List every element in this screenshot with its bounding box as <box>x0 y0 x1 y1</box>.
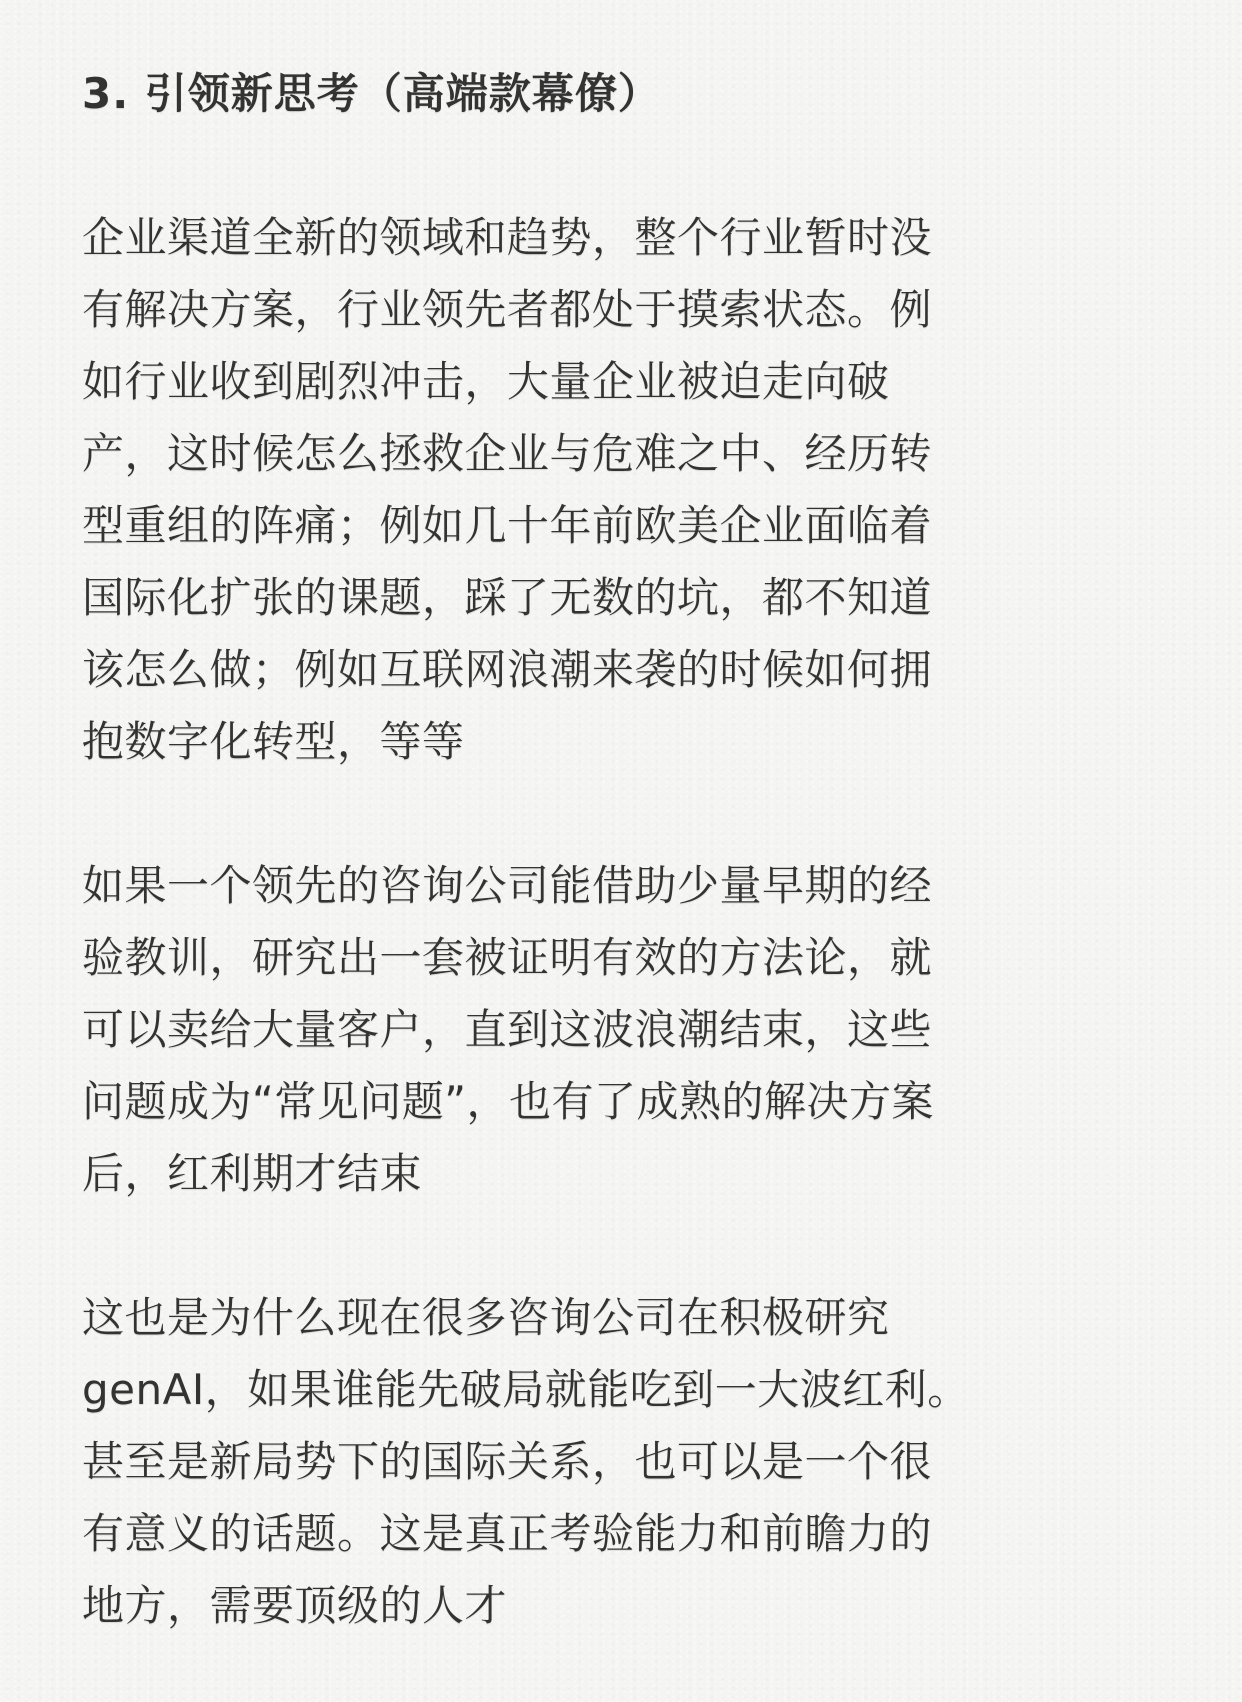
paragraph-2: 如果一个领先的咨询公司能借助少量早期的经 验教训，研究出一套被证明有效的方法论，… <box>82 850 1160 1210</box>
text-line: 有意义的话题。这是真正考验能力和前瞻力的 <box>82 1498 1160 1570</box>
text-line: 产，这时候怎么拯救企业与危难之中、经历转 <box>82 418 1160 490</box>
text-line: 如行业收到剧烈冲击，大量企业被迫走向破 <box>82 346 1160 418</box>
text-line: 验教训，研究出一套被证明有效的方法论，就 <box>82 922 1160 994</box>
text-line: 甚至是新局势下的国际关系，也可以是一个很 <box>82 1426 1160 1498</box>
text-line: 问题成为“常见问题”，也有了成熟的解决方案 <box>82 1066 1160 1138</box>
text-line: 有解决方案，行业领先者都处于摸索状态。例 <box>82 274 1160 346</box>
text-line: 抱数字化转型，等等 <box>82 706 1160 778</box>
text-line: 国际化扩张的课题，踩了无数的坑，都不知道 <box>82 562 1160 634</box>
text-line: 企业渠道全新的领域和趋势，整个行业暂时没 <box>82 202 1160 274</box>
paragraph-3: 这也是为什么现在很多咨询公司在积极研究 genAI，如果谁能先破局就能吃到一大波… <box>82 1282 1160 1642</box>
text-line: 可以卖给大量客户，直到这波浪潮结束，这些 <box>82 994 1160 1066</box>
spacer <box>82 778 1160 850</box>
text-line: 如果一个领先的咨询公司能借助少量早期的经 <box>82 850 1160 922</box>
paragraph-1: 企业渠道全新的领域和趋势，整个行业暂时没 有解决方案，行业领先者都处于摸索状态。… <box>82 202 1160 778</box>
document-page: 3. 引领新思考（高端款幕僚） 企业渠道全新的领域和趋势，整个行业暂时没 有解决… <box>0 0 1242 1702</box>
text-line: 地方，需要顶级的人才 <box>82 1570 1160 1642</box>
text-line: 这也是为什么现在很多咨询公司在积极研究 <box>82 1282 1160 1354</box>
section-title: 3. 引领新思考（高端款幕僚） <box>82 58 1160 130</box>
spacer <box>82 130 1160 202</box>
text-line: 后，红利期才结束 <box>82 1138 1160 1210</box>
spacer <box>82 1210 1160 1282</box>
text-line: 型重组的阵痛；例如几十年前欧美企业面临着 <box>82 490 1160 562</box>
text-line: genAI，如果谁能先破局就能吃到一大波红利。 <box>82 1354 1160 1426</box>
text-line: 该怎么做；例如互联网浪潮来袭的时候如何拥 <box>82 634 1160 706</box>
